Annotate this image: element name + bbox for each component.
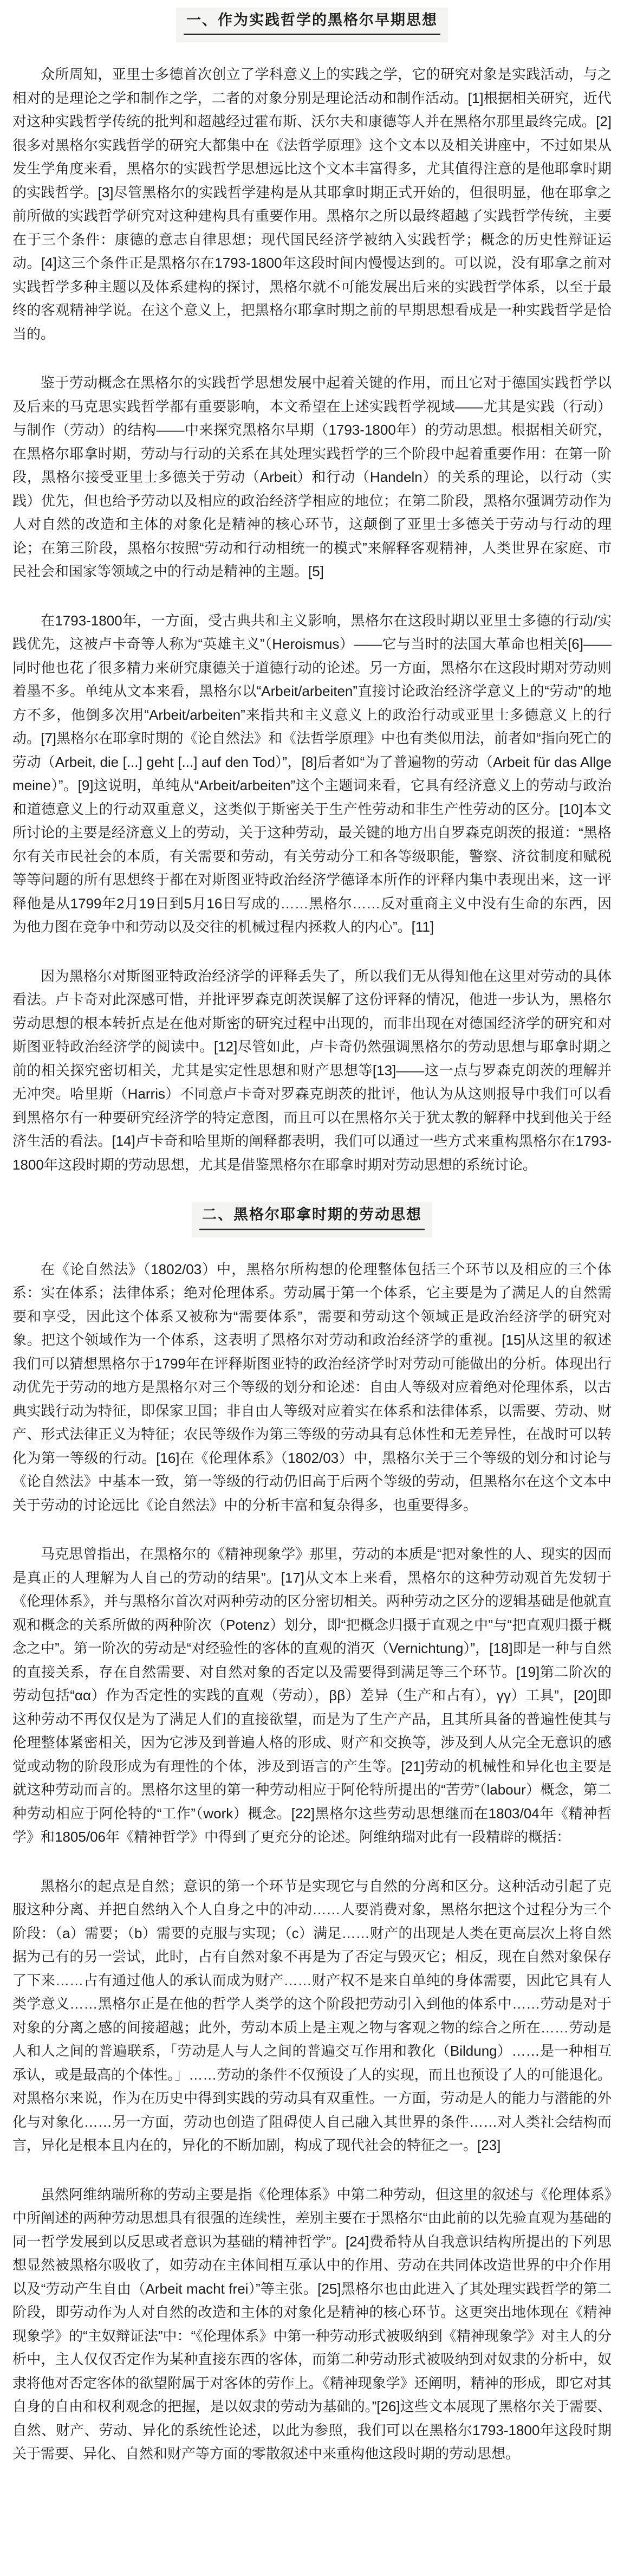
paragraph: 马克思曾指出，在黑格尔的《精神现象学》那里，劳动的本质是“把对象性的人、现实的因…	[12, 1542, 612, 1849]
section-heading-1: 一、作为实践哲学的黑格尔早期思想	[12, 8, 612, 42]
paragraph: 鉴于劳动概念在黑格尔的实践哲学思想发展中起着关键的作用，而且它对于德国实践哲学以…	[12, 371, 612, 584]
quote-paragraph: 黑格尔的起点是自然；意识的第一个环节是实现它与自然的分离和区分。这种活动引起了克…	[12, 1875, 612, 2158]
section-1-title: 一、作为实践哲学的黑格尔早期思想	[184, 11, 440, 35]
heading-highlight-box: 二、黑格尔耶拿时期的劳动思想	[192, 1202, 432, 1237]
paragraph: 虽然阿维纳瑞所称的劳动主要是指《伦理体系》中第二种劳动，但这里的叙述与《伦理体系…	[12, 2183, 612, 2466]
section-heading-2: 二、黑格尔耶拿时期的劳动思想	[12, 1202, 612, 1237]
section-2-title: 二、黑格尔耶拿时期的劳动思想	[199, 1206, 425, 1230]
paragraph: 在《论自然法》（1802/03）中，黑格尔所构想的伦理整体包括三个环节以及相应的…	[12, 1258, 612, 1518]
heading-highlight-box: 一、作为实践哲学的黑格尔早期思想	[176, 8, 448, 42]
article-page: 一、作为实践哲学的黑格尔早期思想 众所周知，亚里士多德首次创立了学科意义上的实践…	[0, 0, 624, 2491]
paragraph: 因为黑格尔对斯图亚特政治经济学的评释丢失了，所以我们无从得知他在这里对劳动的具体…	[12, 965, 612, 1177]
paragraph: 在1793-1800年，一方面，受古典共和主义影响，黑格尔在这段时期以亚里士多德…	[12, 609, 612, 939]
paragraph: 众所周知，亚里士多德首次创立了学科意义上的实践之学，它的研究对象是实践活动，与之…	[12, 63, 612, 346]
